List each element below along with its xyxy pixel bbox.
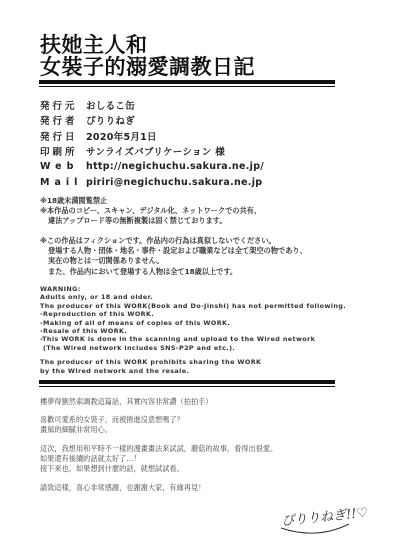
afterword-line: 畫風的細膩非常用心。 — [40, 425, 360, 435]
colophon-label: Web — [40, 161, 86, 172]
rule-thick — [39, 380, 335, 384]
afterword-line: 這次，我想用和平時不一樣的漫畫畫法來試試，蘑菇的故事，看得出很愛。 — [40, 444, 360, 454]
rule-thin — [39, 386, 335, 387]
rule-thick — [39, 80, 335, 84]
colophon-label: 印刷所 — [40, 144, 86, 158]
colophon-row-mail: Mail piriri@negichuchu.sakura.ne.jp — [40, 175, 360, 191]
warning-line: -Making of all of means of copies of thi… — [40, 319, 360, 327]
warning-line: Adults only, or 18 and older. — [40, 293, 360, 301]
colophon: 発行元 おしるこ缶 発行者 ぴりりねぎ 発行日 2020年5月1日 印刷所 サン… — [40, 97, 360, 190]
warning-line: (The Wired network includes SNS-P2P and … — [40, 344, 360, 352]
colophon-label: 発行者 — [40, 113, 86, 127]
warning-line: WARNING: — [40, 285, 360, 293]
colophon-row-printer: 印刷所 サンライズパブリケーション 様 — [40, 144, 360, 160]
bottom-double-rule — [39, 380, 335, 387]
colophon-label: Mail — [40, 177, 86, 188]
mail-link[interactable]: piriri@negichuchu.sakura.ne.jp — [86, 177, 262, 188]
fiction-line: 実在の物とは一切関係ありません。 — [40, 256, 360, 266]
afterword-line: 接下來也，如果想到什麼的話，就想試試看。 — [40, 464, 360, 474]
title-line-1: 扶她主人和 — [40, 33, 148, 57]
prohibits-line: The producer of this WORK prohibits shar… — [40, 358, 360, 366]
colophon-value: 2020年5月1日 — [86, 129, 157, 143]
fiction-line: また、作品内において登場する人物は全て18歳以上です。 — [40, 267, 360, 277]
colophon-row-date: 発行日 2020年5月1日 — [40, 128, 360, 144]
title-line-2: 女裝子的溺愛調教日記 — [40, 55, 255, 79]
warning-line: -Resale of this WORK. — [40, 327, 360, 335]
age-restriction-notice: ※18歳未満閲覧禁止 — [40, 196, 360, 206]
warning-line: The producer of this WORK(Book and Do-Ji… — [40, 302, 360, 310]
rule-thin — [39, 86, 335, 87]
afterword-line: 喜歡可愛系的女裝子，而被捲進沒意想嗎了？ — [40, 415, 360, 425]
fiction-line: 登場する人物・団体・地名・事件・設定および職業などは全て架空の物であり、 — [40, 246, 360, 256]
signature-underline-icon — [277, 500, 367, 540]
colophon-value: おしるこ缶 — [86, 98, 135, 112]
colophon-row-web: Web http://negichuchu.sakura.ne.jp/ — [40, 159, 360, 175]
warning-line: -Reproduction of this WORK. — [40, 310, 360, 318]
copy-prohibition-notice: ※本作品のコピー、スキャン、デジタル化、ネットワークでの共有、 — [40, 206, 360, 216]
author-signature: ぴりりねぎ!!♡ — [277, 500, 367, 540]
prohibits-line: by the Wired network and the resale. — [40, 367, 360, 375]
colophon-label: 発行元 — [40, 98, 86, 112]
top-double-rule — [39, 80, 335, 87]
colophon-row-publisher: 発行元 おしるこ缶 — [40, 97, 360, 113]
colophon-row-author: 発行者 ぴりりねぎ — [40, 113, 360, 129]
english-warning: WARNING: Adults only, or 18 and older. T… — [40, 285, 360, 375]
copy-notice: ※18歳未満閲覧禁止 ※本作品のコピー、スキャン、デジタル化、ネットワークでの共… — [40, 196, 360, 227]
afterword-line: 樓夢得劉然索調教這篇話，其實內容非常讚（拍拍手） — [40, 397, 360, 407]
afterword-line: 如果還有後續的話就太好了…！ — [40, 454, 360, 464]
colophon-label: 発行日 — [40, 129, 86, 143]
afterword-line: 請致這樣，喜心非常感謝，也謝謝大家，有緣再見！ — [40, 483, 360, 493]
web-link[interactable]: http://negichuchu.sakura.ne.jp/ — [86, 161, 264, 172]
fiction-line: ※この作品はフィクションです。作品内の行為は真似しないでください。 — [40, 236, 360, 246]
warning-line: -This WORK is done in the scanning and u… — [40, 335, 360, 343]
colophon-value: サンライズパブリケーション 様 — [86, 144, 225, 158]
colophon-value: ぴりりねぎ — [86, 113, 135, 127]
copy-prohibition-notice-cont: 違法アップロード等の無断複製は固く禁じております。 — [40, 216, 360, 226]
afterword: 樓夢得劉然索調教這篇話，其實內容非常讚（拍拍手） 喜歡可愛系的女裝子，而被捲進沒… — [40, 397, 360, 493]
fiction-notice: ※この作品はフィクションです。作品内の行為は真似しないでください。 登場する人物… — [40, 236, 360, 277]
